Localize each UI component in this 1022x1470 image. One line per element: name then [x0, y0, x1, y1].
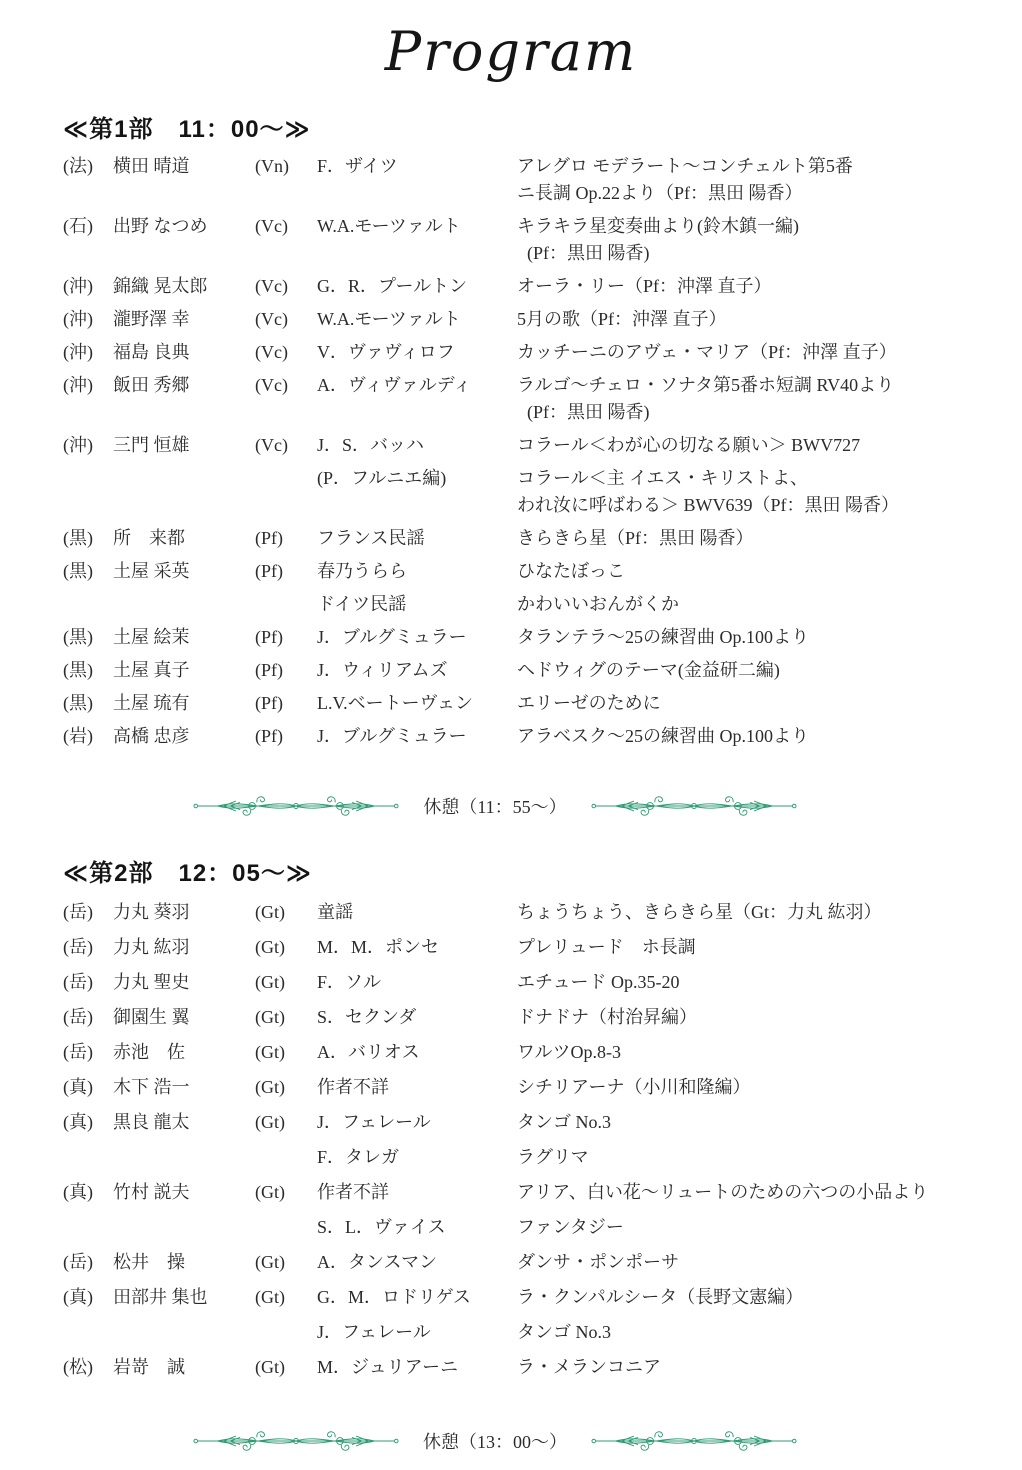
- group-label: (岳): [63, 937, 113, 958]
- performer-name: 福島 良典: [113, 342, 255, 363]
- program-row: (黒) 土屋 絵茉 (Pf) J．ブルグミュラー タランテラ～25の練習曲 Op…: [63, 627, 992, 648]
- composer-name: [317, 243, 517, 264]
- performer-name: 錦織 晃太郎: [113, 276, 255, 297]
- performer-name: 土屋 絵茉: [113, 627, 255, 648]
- instrument-label: (Pf): [255, 693, 317, 714]
- piece-title: ドナドナ（村治昇編）: [517, 1007, 992, 1028]
- performer-name: 木下 浩一: [113, 1077, 255, 1098]
- performer-name: 松井 操: [113, 1252, 255, 1273]
- group-label: (黒): [63, 693, 113, 714]
- group-label: (松): [63, 1357, 113, 1378]
- instrument-label: [255, 243, 317, 264]
- performer-name: [113, 1322, 255, 1343]
- piece-title: コラール＜主 イエス・キリストよ、: [517, 468, 992, 489]
- composer-name: J．ブルグミュラー: [317, 627, 517, 648]
- piece-title: かわいいおんがくか: [517, 594, 992, 615]
- composer-name: L.V.ベートーヴェン: [317, 693, 517, 714]
- program-row: (黒) 土屋 采英 (Pf) 春乃うらら ひなたぼっこ: [63, 561, 992, 582]
- program-row: (岳) 力丸 葵羽 (Gt) 童謡 ちょうちょう、きらきら星（Gt：力丸 紘羽）: [63, 902, 992, 923]
- composer-name: 作者不詳: [317, 1182, 517, 1203]
- piece-title: ひなたぼっこ: [517, 561, 992, 582]
- instrument-label: (Pf): [255, 627, 317, 648]
- performer-name: [113, 1147, 255, 1168]
- instrument-label: (Vc): [255, 216, 317, 237]
- group-label: (岳): [63, 1252, 113, 1273]
- performer-name: 高橋 忠彦: [113, 726, 255, 747]
- program-row: (沖) 飯田 秀郷 (Vc) A．ヴィヴァルディ ラルゴ～チェロ・ソナタ第5番ホ…: [63, 375, 992, 396]
- instrument-label: [255, 495, 317, 516]
- performer-name: 御園生 翼: [113, 1007, 255, 1028]
- group-label: (岩): [63, 726, 113, 747]
- piece-title: (Pf：黒田 陽香): [517, 402, 992, 423]
- performer-name: [113, 183, 255, 204]
- program-row: (真) 田部井 集也 (Gt) G．M．ロドリゲス ラ・クンパルシータ（長野文憲…: [63, 1287, 992, 1308]
- instrument-label: (Vc): [255, 342, 317, 363]
- composer-name: 作者不詳: [317, 1077, 517, 1098]
- instrument-label: (Pf): [255, 726, 317, 747]
- group-label: (岳): [63, 902, 113, 923]
- piece-title: アレグロ モデラート～コンチェルト第5番: [517, 156, 992, 177]
- group-label: (黒): [63, 528, 113, 549]
- program-row: (黒) 所 来都 (Pf) フランス民謡 きらきら星（Pf：黒田 陽香）: [63, 528, 992, 549]
- group-label: [63, 183, 113, 204]
- composer-name: G．M．ロドリゲス: [317, 1287, 517, 1308]
- composer-name: 春乃うらら: [317, 561, 517, 582]
- piece-title: ワルツOp.8-3: [517, 1042, 992, 1063]
- program-row: (真) 黒良 龍太 (Gt) J．フェレール タンゴ No.3: [63, 1112, 992, 1133]
- group-label: (沖): [63, 309, 113, 330]
- composer-name: S．L．ヴァイス: [317, 1217, 517, 1238]
- program-row: (沖) 福島 良典 (Vc) V．ヴァヴィロフ カッチーニのアヴェ・マリア（Pf…: [63, 342, 992, 363]
- composer-name: V．ヴァヴィロフ: [317, 342, 517, 363]
- instrument-label: [255, 1322, 317, 1343]
- program-row: (Pf：黒田 陽香): [63, 402, 992, 423]
- program-row: (岳) 御園生 翼 (Gt) S．セクンダ ドナドナ（村治昇編）: [63, 1007, 992, 1028]
- program-row: (岳) 松井 操 (Gt) A．タンスマン ダンサ・ポンポーサ: [63, 1252, 992, 1273]
- instrument-label: [255, 1217, 317, 1238]
- piece-title: コラール＜わが心の切なる願い＞ BWV727: [517, 435, 992, 456]
- program-row: われ汝に呼ばわる＞ BWV639（Pf：黒田 陽香）: [63, 495, 992, 516]
- section-1-rows: (法) 横田 晴道 (Vn) F．ザイツ アレグロ モデラート～コンチェルト第5…: [63, 156, 992, 747]
- program-row: (真) 竹村 説夫 (Gt) 作者不詳 アリア、白い花～リュートのための六つの小…: [63, 1182, 992, 1203]
- group-label: (黒): [63, 627, 113, 648]
- performer-name: 出野 なつめ: [113, 216, 255, 237]
- composer-name: A．バリオス: [317, 1042, 517, 1063]
- group-label: [63, 468, 113, 489]
- composer-name: G．R．プールトン: [317, 276, 517, 297]
- performer-name: 岩嵜 誠: [113, 1357, 255, 1378]
- instrument-label: (Pf): [255, 528, 317, 549]
- instrument-label: (Gt): [255, 1357, 317, 1378]
- performer-name: 飯田 秀郷: [113, 375, 255, 396]
- instrument-label: (Gt): [255, 937, 317, 958]
- group-label: [63, 594, 113, 615]
- program-row: (法) 横田 晴道 (Vn) F．ザイツ アレグロ モデラート～コンチェルト第5…: [63, 156, 992, 177]
- piece-title: エチュード Op.35-20: [517, 972, 992, 993]
- intermission-2: 休憩（13：00～）: [0, 1424, 1006, 1458]
- piece-title: ラグリマ: [517, 1147, 992, 1168]
- piece-title: タンゴ No.3: [517, 1322, 992, 1343]
- composer-name: 童謡: [317, 902, 517, 923]
- group-label: (沖): [63, 276, 113, 297]
- piece-title: 5月の歌（Pf：沖澤 直子）: [517, 309, 992, 330]
- flourish-ornament-icon: [193, 1424, 399, 1458]
- program-row: J．フェレール タンゴ No.3: [63, 1322, 992, 1343]
- performer-name: 田部井 集也: [113, 1287, 255, 1308]
- instrument-label: (Vc): [255, 309, 317, 330]
- composer-name: J．ブルグミュラー: [317, 726, 517, 747]
- instrument-label: (Vn): [255, 156, 317, 177]
- group-label: [63, 1217, 113, 1238]
- composer-name: [317, 495, 517, 516]
- group-label: (黒): [63, 561, 113, 582]
- composer-name: M．ジュリアーニ: [317, 1357, 517, 1378]
- instrument-label: (Vc): [255, 276, 317, 297]
- section-part-1: ≪第1部 11：00～≫ (法) 横田 晴道 (Vn) F．ザイツ アレグロ モ…: [0, 109, 1022, 747]
- composer-name: J．フェレール: [317, 1322, 517, 1343]
- program-row: (沖) 三門 恒雄 (Vc) J．S．バッハ コラール＜わが心の切なる願い＞ B…: [63, 435, 992, 456]
- group-label: [63, 243, 113, 264]
- performer-name: [113, 1217, 255, 1238]
- instrument-label: [255, 468, 317, 489]
- program-row: (沖) 瀧野澤 幸 (Vc) W.A.モーツァルト 5月の歌（Pf：沖澤 直子）: [63, 309, 992, 330]
- performer-name: 力丸 紘羽: [113, 937, 255, 958]
- group-label: (真): [63, 1112, 113, 1133]
- piece-title: ちょうちょう、きらきら星（Gt：力丸 紘羽）: [517, 902, 992, 923]
- performer-name: 黒良 龍太: [113, 1112, 255, 1133]
- instrument-label: (Vc): [255, 435, 317, 456]
- piece-title: ニ長調 Op.22より（Pf：黒田 陽香）: [517, 183, 992, 204]
- composer-name: F．ソル: [317, 972, 517, 993]
- group-label: (岳): [63, 1042, 113, 1063]
- composer-name: F．ザイツ: [317, 156, 517, 177]
- performer-name: [113, 243, 255, 264]
- composer-name: S．セクンダ: [317, 1007, 517, 1028]
- program-row: (岳) 赤池 佐 (Gt) A．バリオス ワルツOp.8-3: [63, 1042, 992, 1063]
- performer-name: [113, 402, 255, 423]
- performer-name: 竹村 説夫: [113, 1182, 255, 1203]
- section-2-rows: (岳) 力丸 葵羽 (Gt) 童謡 ちょうちょう、きらきら星（Gt：力丸 紘羽）…: [63, 902, 992, 1378]
- composer-name: [317, 183, 517, 204]
- instrument-label: (Gt): [255, 972, 317, 993]
- group-label: [63, 495, 113, 516]
- piece-title: タランテラ～25の練習曲 Op.100より: [517, 627, 992, 648]
- instrument-label: [255, 183, 317, 204]
- page-title: Program: [0, 20, 1022, 83]
- instrument-label: (Gt): [255, 1252, 317, 1273]
- group-label: (真): [63, 1077, 113, 1098]
- performer-name: 赤池 佐: [113, 1042, 255, 1063]
- composer-name: J．S．バッハ: [317, 435, 517, 456]
- performer-name: 土屋 真子: [113, 660, 255, 681]
- program-row: F．タレガ ラグリマ: [63, 1147, 992, 1168]
- composer-name: W.A.モーツァルト: [317, 309, 517, 330]
- piece-title: アリア、白い花～リュートのための六つの小品より: [517, 1182, 992, 1203]
- piece-title: タンゴ No.3: [517, 1112, 992, 1133]
- composer-name: (P．フルニエ編): [317, 468, 517, 489]
- instrument-label: (Gt): [255, 1042, 317, 1063]
- piece-title: われ汝に呼ばわる＞ BWV639（Pf：黒田 陽香）: [517, 495, 992, 516]
- program-row: (Pf：黒田 陽香): [63, 243, 992, 264]
- composer-name: F．タレガ: [317, 1147, 517, 1168]
- piece-title: キラキラ星変奏曲より(鈴木鎮一編): [517, 216, 992, 237]
- composer-name: A．ヴィヴァルディ: [317, 375, 517, 396]
- piece-title: プレリュード ホ長調: [517, 937, 992, 958]
- performer-name: [113, 594, 255, 615]
- program-row: (黒) 土屋 真子 (Pf) J．ウィリアムズ ヘドウィグのテーマ(金益研二編): [63, 660, 992, 681]
- piece-title: ラルゴ～チェロ・ソナタ第5番ホ短調 RV40より: [517, 375, 992, 396]
- performer-name: 力丸 葵羽: [113, 902, 255, 923]
- instrument-label: (Pf): [255, 660, 317, 681]
- group-label: (沖): [63, 375, 113, 396]
- program-row: (石) 出野 なつめ (Vc) W.A.モーツァルト キラキラ星変奏曲より(鈴木…: [63, 216, 992, 237]
- intermission-1: 休憩（11：55～）: [0, 789, 1006, 823]
- composer-name: J．フェレール: [317, 1112, 517, 1133]
- performer-name: 三門 恒雄: [113, 435, 255, 456]
- instrument-label: (Vc): [255, 375, 317, 396]
- performer-name: 土屋 琉有: [113, 693, 255, 714]
- instrument-label: (Gt): [255, 1077, 317, 1098]
- program-row: (真) 木下 浩一 (Gt) 作者不詳 シチリアーナ（小川和隆編）: [63, 1077, 992, 1098]
- piece-title: ラ・クンパルシータ（長野文憲編）: [517, 1287, 992, 1308]
- piece-title: エリーゼのために: [517, 693, 992, 714]
- piece-title: シチリアーナ（小川和隆編）: [517, 1077, 992, 1098]
- program-row: (岳) 力丸 紘羽 (Gt) M．M．ポンセ プレリュード ホ長調: [63, 937, 992, 958]
- performer-name: 土屋 采英: [113, 561, 255, 582]
- flourish-ornament-icon: [591, 789, 797, 823]
- program-row: (岳) 力丸 聖史 (Gt) F．ソル エチュード Op.35-20: [63, 972, 992, 993]
- program-page: Program ≪第1部 11：00～≫ (法) 横田 晴道 (Vn) F．ザイ…: [0, 0, 1022, 1470]
- instrument-label: (Gt): [255, 1112, 317, 1133]
- piece-title: ラ・メランコニア: [517, 1357, 992, 1378]
- section-1-header: ≪第1部 11：00～≫: [63, 109, 992, 144]
- piece-title: カッチーニのアヴェ・マリア（Pf：沖澤 直子）: [517, 342, 992, 363]
- program-row: S．L．ヴァイス ファンタジー: [63, 1217, 992, 1238]
- performer-name: 所 来都: [113, 528, 255, 549]
- instrument-label: (Gt): [255, 1287, 317, 1308]
- composer-name: J．ウィリアムズ: [317, 660, 517, 681]
- program-row: (沖) 錦織 晃太郎 (Vc) G．R．プールトン オーラ・リー（Pf：沖澤 直…: [63, 276, 992, 297]
- program-row: (松) 岩嵜 誠 (Gt) M．ジュリアーニ ラ・メランコニア: [63, 1357, 992, 1378]
- performer-name: [113, 468, 255, 489]
- performer-name: 瀧野澤 幸: [113, 309, 255, 330]
- composer-name: W.A.モーツァルト: [317, 216, 517, 237]
- group-label: (真): [63, 1287, 113, 1308]
- group-label: (沖): [63, 435, 113, 456]
- piece-title: きらきら星（Pf：黒田 陽香）: [517, 528, 992, 549]
- group-label: [63, 402, 113, 423]
- flourish-ornament-icon: [591, 1424, 797, 1458]
- performer-name: 横田 晴道: [113, 156, 255, 177]
- group-label: (岳): [63, 972, 113, 993]
- piece-title: (Pf：黒田 陽香): [517, 243, 992, 264]
- piece-title: アラベスク～25の練習曲 Op.100より: [517, 726, 992, 747]
- performer-name: [113, 495, 255, 516]
- program-row: (P．フルニエ編) コラール＜主 イエス・キリストよ、: [63, 468, 992, 489]
- instrument-label: [255, 402, 317, 423]
- program-row: ニ長調 Op.22より（Pf：黒田 陽香）: [63, 183, 992, 204]
- program-row: (黒) 土屋 琉有 (Pf) L.V.ベートーヴェン エリーゼのために: [63, 693, 992, 714]
- composer-name: ドイツ民謡: [317, 594, 517, 615]
- group-label: (沖): [63, 342, 113, 363]
- section-part-2: ≪第2部 12：05～≫ (岳) 力丸 葵羽 (Gt) 童謡 ちょうちょう、きら…: [0, 853, 1022, 1378]
- piece-title: ダンサ・ポンポーサ: [517, 1252, 992, 1273]
- intermission-2-label: 休憩（13：00～）: [423, 1428, 567, 1454]
- instrument-label: (Gt): [255, 1182, 317, 1203]
- group-label: [63, 1147, 113, 1168]
- instrument-label: [255, 594, 317, 615]
- group-label: (黒): [63, 660, 113, 681]
- composer-name: [317, 402, 517, 423]
- piece-title: ヘドウィグのテーマ(金益研二編): [517, 660, 992, 681]
- composer-name: フランス民謡: [317, 528, 517, 549]
- flourish-ornament-icon: [193, 789, 399, 823]
- program-row: ドイツ民謡 かわいいおんがくか: [63, 594, 992, 615]
- instrument-label: (Gt): [255, 902, 317, 923]
- group-label: (岳): [63, 1007, 113, 1028]
- intermission-1-label: 休憩（11：55～）: [423, 793, 566, 819]
- group-label: (法): [63, 156, 113, 177]
- composer-name: A．タンスマン: [317, 1252, 517, 1273]
- instrument-label: (Pf): [255, 561, 317, 582]
- group-label: [63, 1322, 113, 1343]
- instrument-label: (Gt): [255, 1007, 317, 1028]
- section-2-header: ≪第2部 12：05～≫: [63, 853, 992, 888]
- piece-title: ファンタジー: [517, 1217, 992, 1238]
- group-label: (石): [63, 216, 113, 237]
- composer-name: M．M．ポンセ: [317, 937, 517, 958]
- program-row: (岩) 高橋 忠彦 (Pf) J．ブルグミュラー アラベスク～25の練習曲 Op…: [63, 726, 992, 747]
- performer-name: 力丸 聖史: [113, 972, 255, 993]
- group-label: (真): [63, 1182, 113, 1203]
- piece-title: オーラ・リー（Pf：沖澤 直子）: [517, 276, 992, 297]
- instrument-label: [255, 1147, 317, 1168]
